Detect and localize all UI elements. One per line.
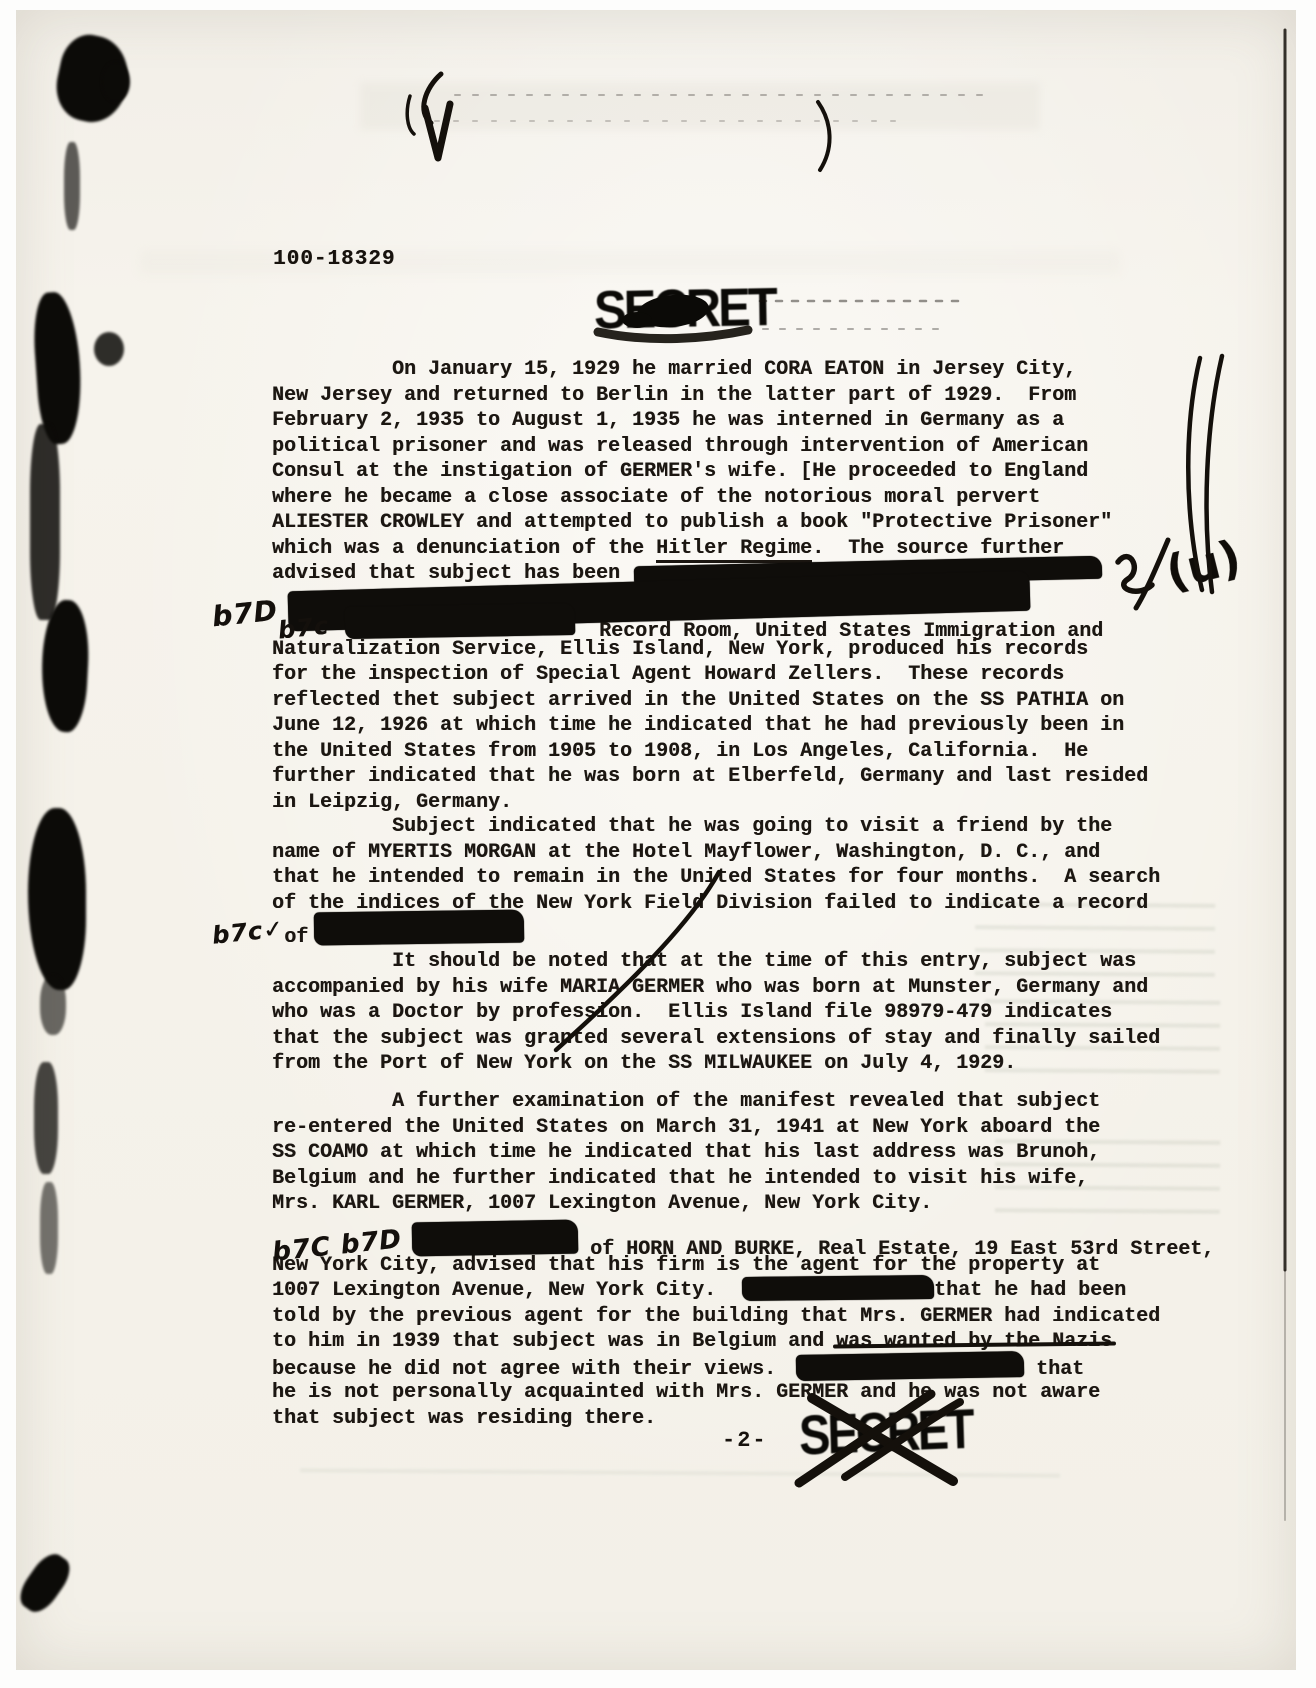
secret-stamp-bottom: SECRET [798,1396,972,1468]
binding-artifact [28,808,86,990]
bleedthrough-artifact [975,897,1216,984]
secret-stamp-bottom-text: SECRET [798,1397,972,1467]
page-number: -2- [722,1428,768,1453]
binding-artifact [94,332,124,366]
scan-band-artifact [360,82,1040,130]
binding-artifact [64,142,80,230]
bleedthrough-artifact [300,1463,1060,1494]
binding-artifact [30,424,60,620]
bleedthrough-artifact [985,994,1221,1076]
binding-artifact [34,1062,58,1174]
secret-stamp-top: SECRET [594,276,776,341]
binding-artifact [40,1182,58,1274]
file-number: 100-18329 [273,248,395,271]
binding-artifact [102,62,130,102]
secret-stamp-top-text: SECRET [594,278,776,341]
binding-artifact [40,975,66,1035]
bleedthrough-artifact [995,1134,1221,1231]
